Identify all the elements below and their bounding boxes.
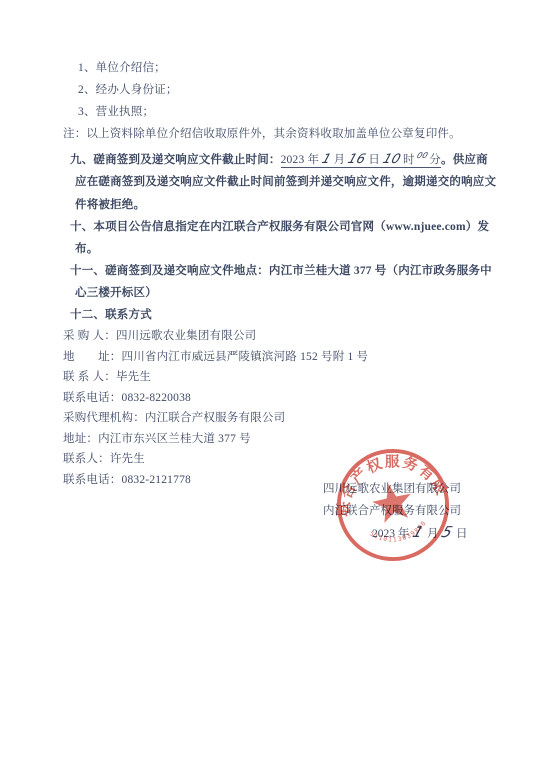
- signature-company-1: 四川远歌农业集团有限公司: [323, 479, 523, 501]
- section-12-heading: 十二、联系方式: [63, 304, 503, 326]
- purchaser-contact-line: 联 系 人：毕先生: [63, 367, 503, 388]
- purchaser-address-line: 地 址：四川省内江市威远县严陵镇滨河路 152 号附 1 号: [63, 347, 503, 368]
- agency-phone-label: 联系电话：: [63, 474, 122, 486]
- deadline-filled-blank: 2023 年1月16日10时00分: [281, 154, 441, 168]
- agency-label: 采购代理机构：: [63, 412, 145, 424]
- handwritten-hour: 10: [379, 149, 403, 171]
- signature-date-line: 2023 年1月5日: [323, 522, 523, 546]
- agency-address-value: 内江市东兴区兰桂大道 377 号: [98, 433, 251, 445]
- section-9-tail: 供应商: [453, 154, 488, 166]
- section-11-line-1: 十一、磋商签到及递交响应文件地点：内江市兰桂大道 377 号（内江市政务服务中: [63, 260, 503, 282]
- purchaser-line: 采 购 人：四川远歌农业集团有限公司: [63, 326, 503, 347]
- attachment-item-2: 2、经办人身份证；: [63, 79, 503, 101]
- attachment-item-1: 1、单位介绍信；: [63, 57, 503, 79]
- minute-label: 分: [429, 154, 441, 166]
- purchaser-address-value: 四川省内江市威远县严陵镇滨河路 152 号附 1 号: [122, 351, 369, 363]
- purchaser-phone-value: 0832-8220038: [122, 392, 191, 404]
- signature-handwritten-day: 5: [439, 522, 456, 544]
- section-9-deadline-line: 九、磋商签到及递交响应文件截止时间：2023 年1月16日10时00分。供应商: [63, 145, 503, 171]
- signature-year: 2023 年: [372, 528, 409, 540]
- note-line: 注：以上资料除单位介绍信收取原件外，其余资料收取加盖单位公章复印件。: [63, 123, 503, 145]
- section-9-heading: 九、磋商签到及递交响应文件截止时间：: [70, 154, 281, 166]
- attachment-item-3: 3、营业执照；: [63, 101, 503, 123]
- section-9-continuation-1: 应在磋商签到及递交响应文件截止时间前签到并递交响应文件，逾期递交的响应文: [63, 171, 503, 193]
- sentence-period: 。: [441, 154, 453, 166]
- document-body: 1、单位介绍信； 2、经办人身份证； 3、营业执照； 注：以上资料除单位介绍信收…: [63, 57, 503, 490]
- purchaser-contact-label: 联 系 人：: [63, 371, 116, 383]
- signature-company-2: 内江联合产权服务有限公司: [323, 501, 523, 523]
- handwritten-day: 16: [345, 149, 369, 171]
- day-label: 日: [368, 154, 380, 166]
- section-10-line-1: 十、本项目公告信息指定在内江联合产权服务有限公司官网（www.njuee.com…: [63, 216, 503, 238]
- purchaser-contact-value: 毕先生: [116, 371, 151, 383]
- section-11-line-2: 心三楼开标区）: [63, 282, 503, 304]
- agency-line: 采购代理机构：内江联合产权服务有限公司: [63, 408, 503, 429]
- signature-handwritten-month: 1: [410, 522, 427, 544]
- signature-day-label: 日: [456, 528, 468, 540]
- agency-contact-line: 联系人：许先生: [63, 449, 503, 470]
- agency-phone-value: 0832-2121778: [122, 474, 191, 486]
- purchaser-value: 四川远歌农业集团有限公司: [116, 330, 256, 342]
- purchaser-label: 采 购 人：: [63, 330, 116, 342]
- agency-contact-value: 许先生: [110, 453, 145, 465]
- handwritten-month: 1: [319, 149, 335, 171]
- purchaser-phone-line: 联系电话：0832-8220038: [63, 388, 503, 409]
- purchaser-address-label: 地 址：: [63, 351, 122, 363]
- signature-block: 四川远歌农业集团有限公司 内江联合产权服务有限公司 2023 年1月5日: [323, 479, 523, 546]
- signature-month-label: 月: [427, 528, 439, 540]
- agency-contact-label: 联系人：: [63, 453, 110, 465]
- agency-address-label: 地址：: [63, 433, 98, 445]
- agency-address-line: 地址：内江市东兴区兰桂大道 377 号: [63, 429, 503, 450]
- section-10-line-2: 布。: [63, 238, 503, 260]
- purchaser-phone-label: 联系电话：: [63, 392, 122, 404]
- month-label: 月: [334, 154, 346, 166]
- contact-info-block: 采 购 人：四川远歌农业集团有限公司 地 址：四川省内江市威远县严陵镇滨河路 1…: [63, 326, 503, 490]
- deadline-year: 2023 年: [281, 154, 320, 166]
- section-9-continuation-2: 件将被拒绝。: [63, 194, 503, 216]
- agency-value: 内江联合产权服务有限公司: [145, 412, 285, 424]
- document-page: 1、单位介绍信； 2、经办人身份证； 3、营业执照； 注：以上资料除单位介绍信收…: [0, 0, 545, 761]
